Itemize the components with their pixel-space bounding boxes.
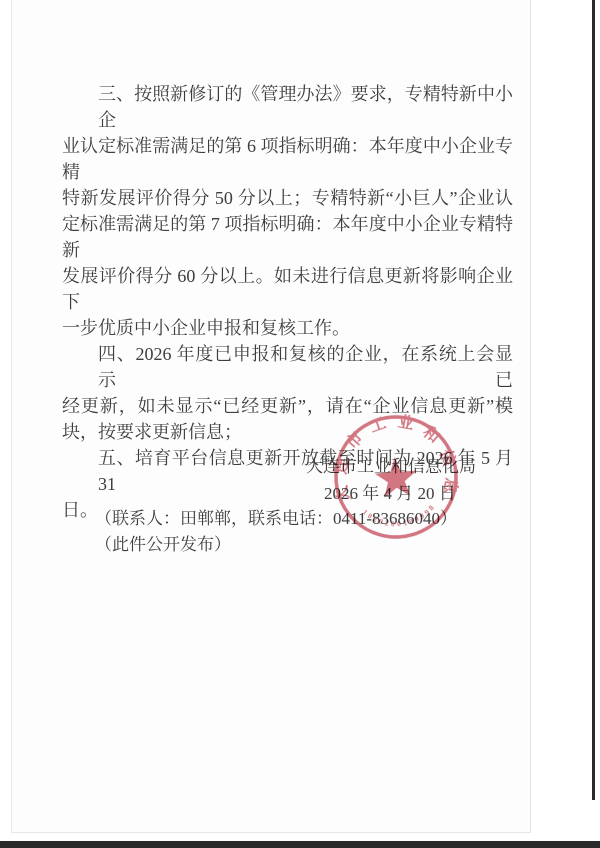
body-text-line: 四、2026 年度已申报和复核的企业，在系统上会显示已 <box>62 341 513 393</box>
public-release-note: （此件公开发布） <box>95 530 231 555</box>
body-text-line: 业认定标准需满足的第 6 项指标明确：本年度中小企业专精 <box>62 133 513 185</box>
seal-code-path: 1020200109998 <box>360 502 437 531</box>
seal-star-icon <box>374 456 418 499</box>
scan-edge-right <box>592 0 595 800</box>
body-text-line: 定标准需满足的第 7 项指标明确：本年度中小企业专精特新 <box>62 211 513 263</box>
body-text-line: 发展评价得分 60 分以上。如未进行信息更新将影响企业下 <box>62 263 513 315</box>
official-seal: 大连市工业和信息化局 1020200109998 <box>313 394 480 561</box>
scanned-document-page: 三、按照新修订的《管理办法》要求，专精特新中小企业认定标准需满足的第 6 项指标… <box>11 0 531 833</box>
seal-code: 1020200109998 <box>360 502 437 531</box>
body-text-line: 三、按照新修订的《管理办法》要求，专精特新中小企 <box>62 81 513 133</box>
scan-edge-bottom <box>0 841 600 848</box>
body-text-line: 特新发展评价得分 50 分以上；专精特新“小巨人”企业认 <box>62 185 513 211</box>
body-text-line: 一步优质中小企业申报和复核工作。 <box>62 315 513 341</box>
